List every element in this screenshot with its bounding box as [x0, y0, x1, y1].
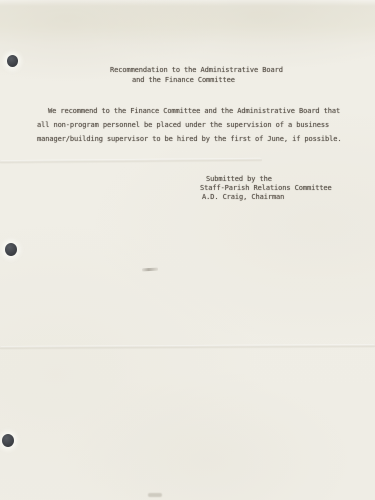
- paper-crease-middle: [0, 344, 375, 350]
- pencil-dash-mark: [142, 268, 158, 272]
- signature-line-1: Submitted by the: [206, 175, 272, 184]
- body-paragraph-line-1: We recommend to the Finance Committee an…: [48, 107, 340, 116]
- scanned-document-page: Recommendation to the Administrative Boa…: [0, 0, 375, 500]
- bottom-smudge-mark: [148, 493, 162, 497]
- signature-line-3: A.D. Craig, Chairman: [202, 193, 284, 202]
- paper-crease-upper: [0, 158, 262, 164]
- hole-punch-top: [7, 55, 18, 67]
- signature-line-2: Staff-Parish Relations Committee: [200, 184, 332, 193]
- body-paragraph-line-2: all non-program personnel be placed unde…: [37, 121, 329, 130]
- document-title-line-2: and the Finance Committee: [132, 76, 235, 85]
- hole-punch-bottom: [2, 434, 14, 447]
- document-title-line-1: Recommendation to the Administrative Boa…: [110, 66, 283, 75]
- body-paragraph-line-3: manager/building supervisor to be hired …: [37, 135, 341, 144]
- hole-punch-middle: [5, 243, 17, 256]
